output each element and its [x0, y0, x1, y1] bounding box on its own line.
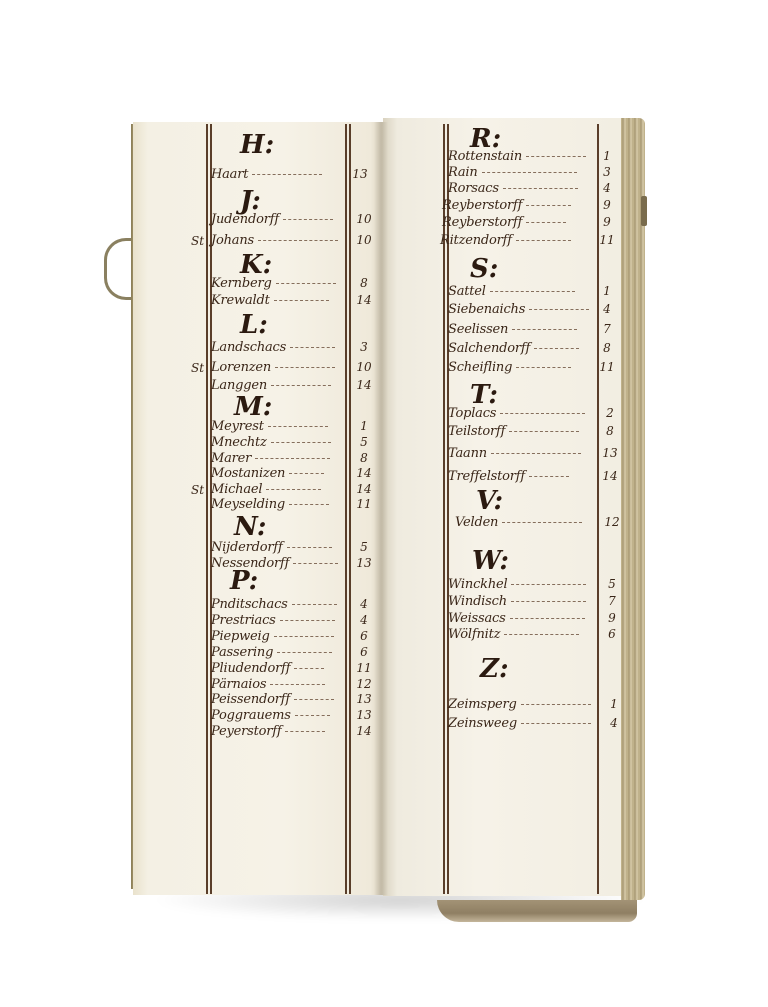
- leader-dots: [255, 458, 330, 459]
- leader-dots: [258, 240, 338, 241]
- leader-dots: [270, 684, 325, 685]
- entry-name: Teilstorff: [448, 424, 505, 439]
- index-entry: Marer: [211, 451, 330, 466]
- entry-name: Salchendorff: [448, 341, 530, 356]
- entry-name: Marer: [211, 451, 251, 466]
- page-number: 1: [595, 284, 619, 298]
- page-number: 1: [595, 149, 619, 163]
- entry-name: Toplacs: [448, 406, 496, 421]
- page-number: 10: [352, 360, 376, 374]
- leader-dots: [526, 205, 571, 206]
- index-entry: Reyberstorff: [442, 215, 566, 230]
- leader-dots: [285, 731, 325, 732]
- entry-name: Kernberg: [211, 276, 272, 291]
- entry-name: Haart: [211, 167, 248, 182]
- leader-dots: [521, 723, 591, 724]
- page-number: 4: [602, 716, 626, 730]
- index-entry: Kernberg: [211, 276, 336, 291]
- index-entry: Seelissen: [448, 322, 577, 337]
- leader-dots: [490, 291, 575, 292]
- entry-name: Peissendorff: [211, 692, 290, 707]
- index-entry: Weissacs: [448, 611, 585, 626]
- leader-dots: [277, 652, 332, 653]
- leader-dots: [293, 563, 338, 564]
- entry-name: Mnechtz: [211, 435, 267, 450]
- page-number: 3: [352, 340, 376, 354]
- index-entry: Winckhel: [448, 577, 586, 592]
- index-entry: Wölfnitz: [448, 627, 579, 642]
- index-entry: Zeimsperg: [448, 697, 591, 712]
- entry-name: Windisch: [448, 594, 507, 609]
- entry-name: Rottenstain: [448, 149, 522, 164]
- section-heading-s: S:: [470, 254, 498, 284]
- page-number: 4: [595, 181, 619, 195]
- index-entry: Reyberstorff: [442, 198, 571, 213]
- page-number: 13: [348, 167, 372, 181]
- index-entry: Teilstorff: [448, 424, 579, 439]
- page-number: 4: [352, 597, 376, 611]
- leader-dots: [526, 222, 566, 223]
- index-entry: Meyselding: [211, 497, 329, 512]
- saint-prefix: St: [191, 483, 204, 497]
- entry-name: Ritzendorff: [440, 233, 512, 248]
- leader-dots: [294, 699, 334, 700]
- page-number: 13: [598, 446, 622, 460]
- leader-dots: [526, 156, 586, 157]
- index-entry: Nijderdorff: [211, 540, 332, 555]
- section-heading-n: N:: [234, 512, 266, 542]
- index-entry: Mostanizen: [211, 466, 324, 481]
- book-gutter: [374, 122, 388, 895]
- index-entry: Johans: [211, 233, 338, 248]
- index-entry: Scheifling: [448, 360, 571, 375]
- index-entry: Lorenzen: [211, 360, 335, 375]
- index-entry: Pliudendorff: [211, 661, 324, 676]
- page-number: 14: [598, 469, 622, 483]
- index-entry: Passering: [211, 645, 332, 660]
- entry-name: Seelissen: [448, 322, 508, 337]
- rule-line: [349, 124, 351, 894]
- entry-name: Pärnaios: [211, 677, 266, 692]
- entry-name: Johans: [211, 233, 254, 248]
- index-entry: Toplacs: [448, 406, 585, 421]
- index-entry: Pärnaios: [211, 677, 325, 692]
- index-entry: Mnechtz: [211, 435, 331, 450]
- index-entry: Rottenstain: [448, 149, 586, 164]
- index-entry: Windisch: [448, 594, 586, 609]
- page-number: 14: [352, 378, 376, 392]
- leader-dots: [280, 620, 335, 621]
- leader-dots: [276, 283, 336, 284]
- page-number: 5: [352, 540, 376, 554]
- entry-name: Langgen: [211, 378, 267, 393]
- index-entry: Peyerstorff: [211, 724, 325, 739]
- page-number: 11: [595, 360, 619, 374]
- rule-line: [345, 124, 347, 894]
- page-number: 1: [602, 697, 626, 711]
- index-entry: Poggrauems: [211, 708, 330, 723]
- section-heading-v: V:: [476, 486, 503, 516]
- entry-name: Reyberstorff: [442, 215, 522, 230]
- page-number: 8: [598, 424, 622, 438]
- index-entry: Velden: [455, 515, 582, 530]
- entry-name: Nijderdorff: [211, 540, 283, 555]
- page-number: 9: [595, 215, 619, 229]
- section-heading-p: P:: [230, 566, 258, 596]
- entry-name: Taann: [448, 446, 487, 461]
- entry-name: Pnditschacs: [211, 597, 288, 612]
- page-number: 7: [595, 322, 619, 336]
- index-entry: Haart: [211, 167, 322, 182]
- entry-name: Scheifling: [448, 360, 512, 375]
- index-entry: Rain: [448, 165, 577, 180]
- entry-name: Passering: [211, 645, 273, 660]
- torn-cover-fragment: [437, 900, 637, 922]
- page-number: 8: [352, 276, 376, 290]
- index-entry: Peissendorff: [211, 692, 334, 707]
- rule-line: [206, 124, 208, 894]
- entry-name: Treffelstorff: [448, 469, 525, 484]
- leader-dots: [511, 601, 586, 602]
- entry-name: Pliudendorff: [211, 661, 290, 676]
- entry-name: Piepweig: [211, 629, 270, 644]
- leader-dots: [516, 240, 571, 241]
- page-number: 8: [595, 341, 619, 355]
- page-number: 5: [352, 435, 376, 449]
- leader-dots: [509, 431, 579, 432]
- index-entry: Judendorff: [211, 212, 333, 227]
- index-entry: Siebenaichs: [448, 302, 589, 317]
- leader-dots: [268, 426, 328, 427]
- entry-name: Weissacs: [448, 611, 506, 626]
- index-entry: Zeinsweeg: [448, 716, 591, 731]
- page-number: 4: [352, 613, 376, 627]
- leader-dots: [252, 174, 322, 175]
- index-entry: Meyrest: [211, 419, 328, 434]
- leader-dots: [295, 715, 330, 716]
- leader-dots: [290, 347, 335, 348]
- index-entry: Pnditschacs: [211, 597, 337, 612]
- entry-name: Reyberstorff: [442, 198, 522, 213]
- page-number: 8: [352, 451, 376, 465]
- page-number: 13: [352, 556, 376, 570]
- page-number: 10: [352, 233, 376, 247]
- right-page-edges: [621, 118, 645, 900]
- entry-name: Siebenaichs: [448, 302, 525, 317]
- index-entry: Michael: [211, 482, 321, 497]
- entry-name: Meyselding: [211, 497, 285, 512]
- entry-name: Zeinsweeg: [448, 716, 517, 731]
- page-number: 6: [352, 629, 376, 643]
- saint-prefix: St: [191, 361, 204, 375]
- leader-dots: [500, 413, 585, 414]
- leader-dots: [510, 618, 585, 619]
- index-entry: Langgen: [211, 378, 331, 393]
- page-number: 9: [600, 611, 624, 625]
- leader-dots: [534, 348, 579, 349]
- leader-dots: [482, 172, 577, 173]
- index-entry: Piepweig: [211, 629, 334, 644]
- index-entry: Ritzendorff: [440, 233, 571, 248]
- leader-dots: [289, 504, 329, 505]
- page-number: 13: [352, 692, 376, 706]
- page-number: 14: [352, 466, 376, 480]
- leader-dots: [512, 329, 577, 330]
- leader-dots: [503, 188, 578, 189]
- index-entry: Krewaldt: [211, 293, 329, 308]
- leader-dots: [511, 584, 586, 585]
- index-entry: Taann: [448, 446, 581, 461]
- entry-name: Peyerstorff: [211, 724, 281, 739]
- leader-dots: [504, 634, 579, 635]
- entry-name: Poggrauems: [211, 708, 291, 723]
- page-number: 1: [352, 419, 376, 433]
- entry-name: Judendorff: [211, 212, 279, 227]
- entry-name: Velden: [455, 515, 498, 530]
- page-number: 5: [600, 577, 624, 591]
- index-entry: Sattel: [448, 284, 575, 299]
- section-heading-z: Z:: [480, 654, 509, 684]
- leader-dots: [275, 367, 335, 368]
- leader-dots: [274, 300, 329, 301]
- page-number: 9: [595, 198, 619, 212]
- leader-dots: [292, 604, 337, 605]
- section-heading-h: H:: [240, 130, 274, 160]
- entry-name: Wölfnitz: [448, 627, 500, 642]
- leader-dots: [529, 309, 589, 310]
- entry-name: Krewaldt: [211, 293, 270, 308]
- page-number: 11: [352, 661, 376, 675]
- page-number: 12: [352, 677, 376, 691]
- page-number: 14: [352, 482, 376, 496]
- page-number: 12: [600, 515, 624, 529]
- leader-dots: [521, 704, 591, 705]
- entry-name: Michael: [211, 482, 262, 497]
- leader-dots: [271, 442, 331, 443]
- index-entry: Treffelstorff: [448, 469, 569, 484]
- page-number: 13: [352, 708, 376, 722]
- index-entry: Salchendorff: [448, 341, 579, 356]
- leader-dots: [266, 489, 321, 490]
- entry-name: Zeimsperg: [448, 697, 517, 712]
- leader-dots: [289, 473, 324, 474]
- leader-dots: [502, 522, 582, 523]
- ribbon-tab: [641, 196, 647, 226]
- index-entry: Landschacs: [211, 340, 335, 355]
- index-entry: Prestriacs: [211, 613, 335, 628]
- saint-prefix: St: [191, 234, 204, 248]
- entry-name: Winckhel: [448, 577, 507, 592]
- index-entry: Rorsacs: [448, 181, 578, 196]
- leader-dots: [516, 367, 571, 368]
- page-number: 14: [352, 293, 376, 307]
- section-heading-m: M:: [234, 392, 272, 422]
- leader-dots: [274, 636, 334, 637]
- leader-dots: [491, 453, 581, 454]
- entry-name: Rorsacs: [448, 181, 499, 196]
- section-heading-l: L:: [240, 310, 268, 340]
- open-book: H: Haart 13 J: Judendorff 10 St Johans 1…: [0, 0, 768, 1007]
- leader-dots: [529, 476, 569, 477]
- entry-name: Prestriacs: [211, 613, 276, 628]
- page-number: 3: [595, 165, 619, 179]
- page-number: 14: [352, 724, 376, 738]
- page-number: 2: [598, 406, 622, 420]
- leader-dots: [283, 219, 333, 220]
- page-number: 7: [600, 594, 624, 608]
- leader-dots: [271, 385, 331, 386]
- entry-name: Meyrest: [211, 419, 264, 434]
- entry-name: Rain: [448, 165, 478, 180]
- section-heading-w: W:: [472, 546, 509, 576]
- page-number: 4: [595, 302, 619, 316]
- entry-name: Sattel: [448, 284, 486, 299]
- page-number: 10: [352, 212, 376, 226]
- leader-dots: [294, 668, 324, 669]
- entry-name: Mostanizen: [211, 466, 285, 481]
- page-number: 6: [352, 645, 376, 659]
- page-number: 11: [352, 497, 376, 511]
- leader-dots: [287, 547, 332, 548]
- page-number: 11: [595, 233, 619, 247]
- entry-name: Landschacs: [211, 340, 286, 355]
- entry-name: Lorenzen: [211, 360, 271, 375]
- page-number: 6: [600, 627, 624, 641]
